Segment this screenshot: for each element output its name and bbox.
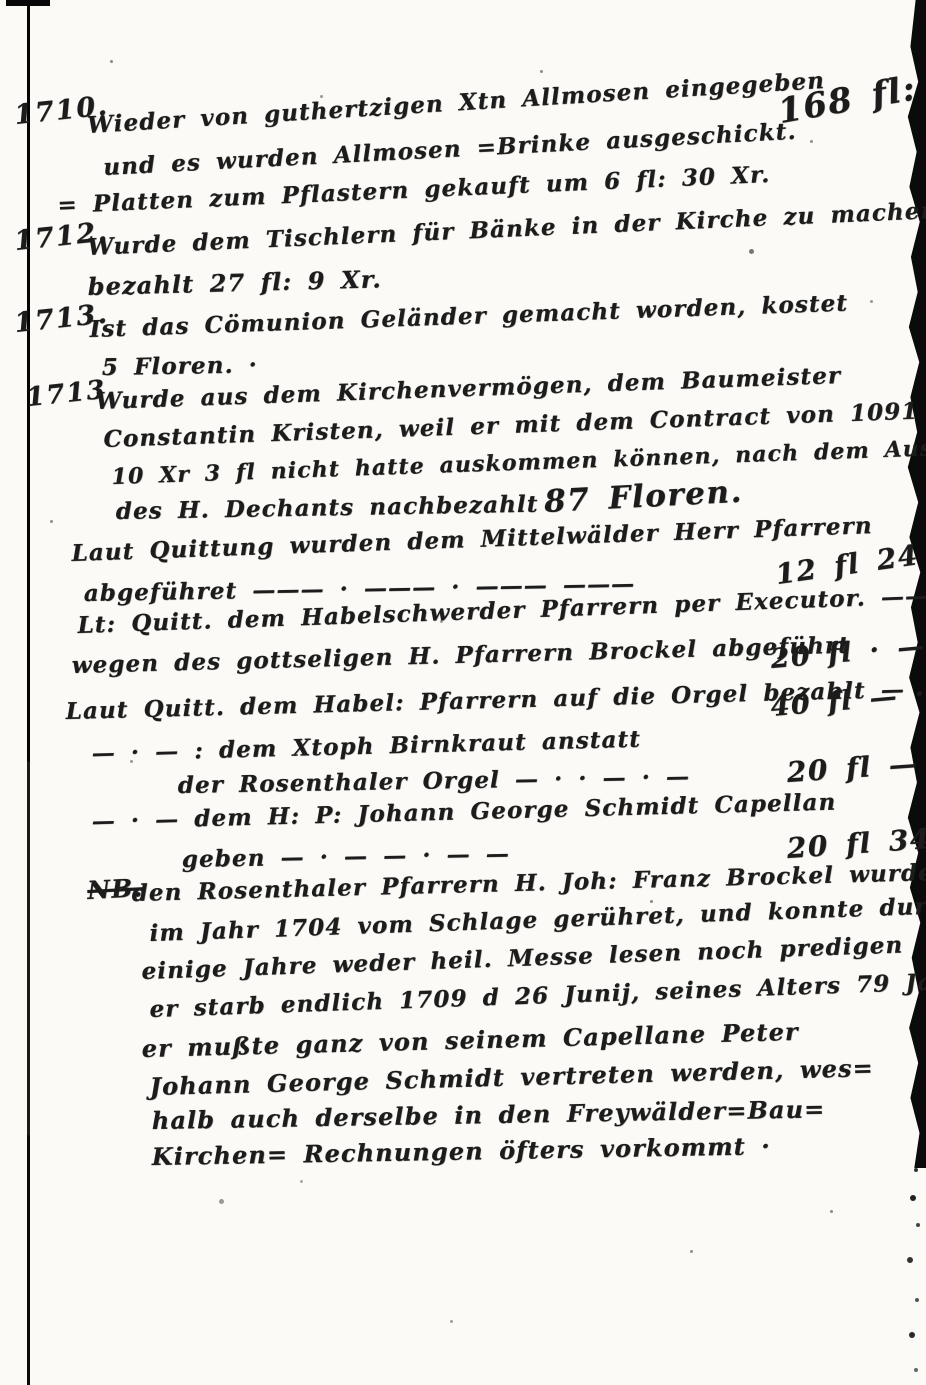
left-margin-tick [6, 0, 50, 6]
manuscript-page: 1710. Wieder von guthertzigen Xtn Allmos… [0, 0, 926, 1385]
manuscript-line: bezahlt 27 fl: 9 Xr. [87, 264, 382, 301]
manuscript-line: geben — · — — · — — [182, 840, 511, 873]
manuscript-line: — · — : dem Xtoph Birnkraut anstatt [91, 726, 641, 767]
ink-specks [110, 60, 113, 63]
manuscript-line: wegen des gottseligen H. Pfarrern Brocke… [71, 632, 850, 679]
amount-value: 87 Floren. [543, 474, 743, 520]
amount-value: 20 fl 34 [786, 822, 926, 865]
binding-edge-specks [914, 1168, 918, 1172]
manuscript-line: Kirchen= Rechnungen öfters vorkommt · [151, 1131, 770, 1171]
left-margin-rule [27, 0, 30, 1385]
manuscript-line: er mußte ganz von seinem Capellane Peter [141, 1017, 799, 1063]
manuscript-line: halb auch derselbe in den Freywälder=Bau… [151, 1094, 825, 1135]
amount-value: 20 fl — [786, 747, 920, 789]
manuscript-line: Johann George Schmidt vertreten werden, … [149, 1053, 874, 1101]
manuscript-line: 5 Floren. · [102, 351, 258, 381]
manuscript-line: des H. Dechants nachbezahlt [116, 491, 539, 525]
